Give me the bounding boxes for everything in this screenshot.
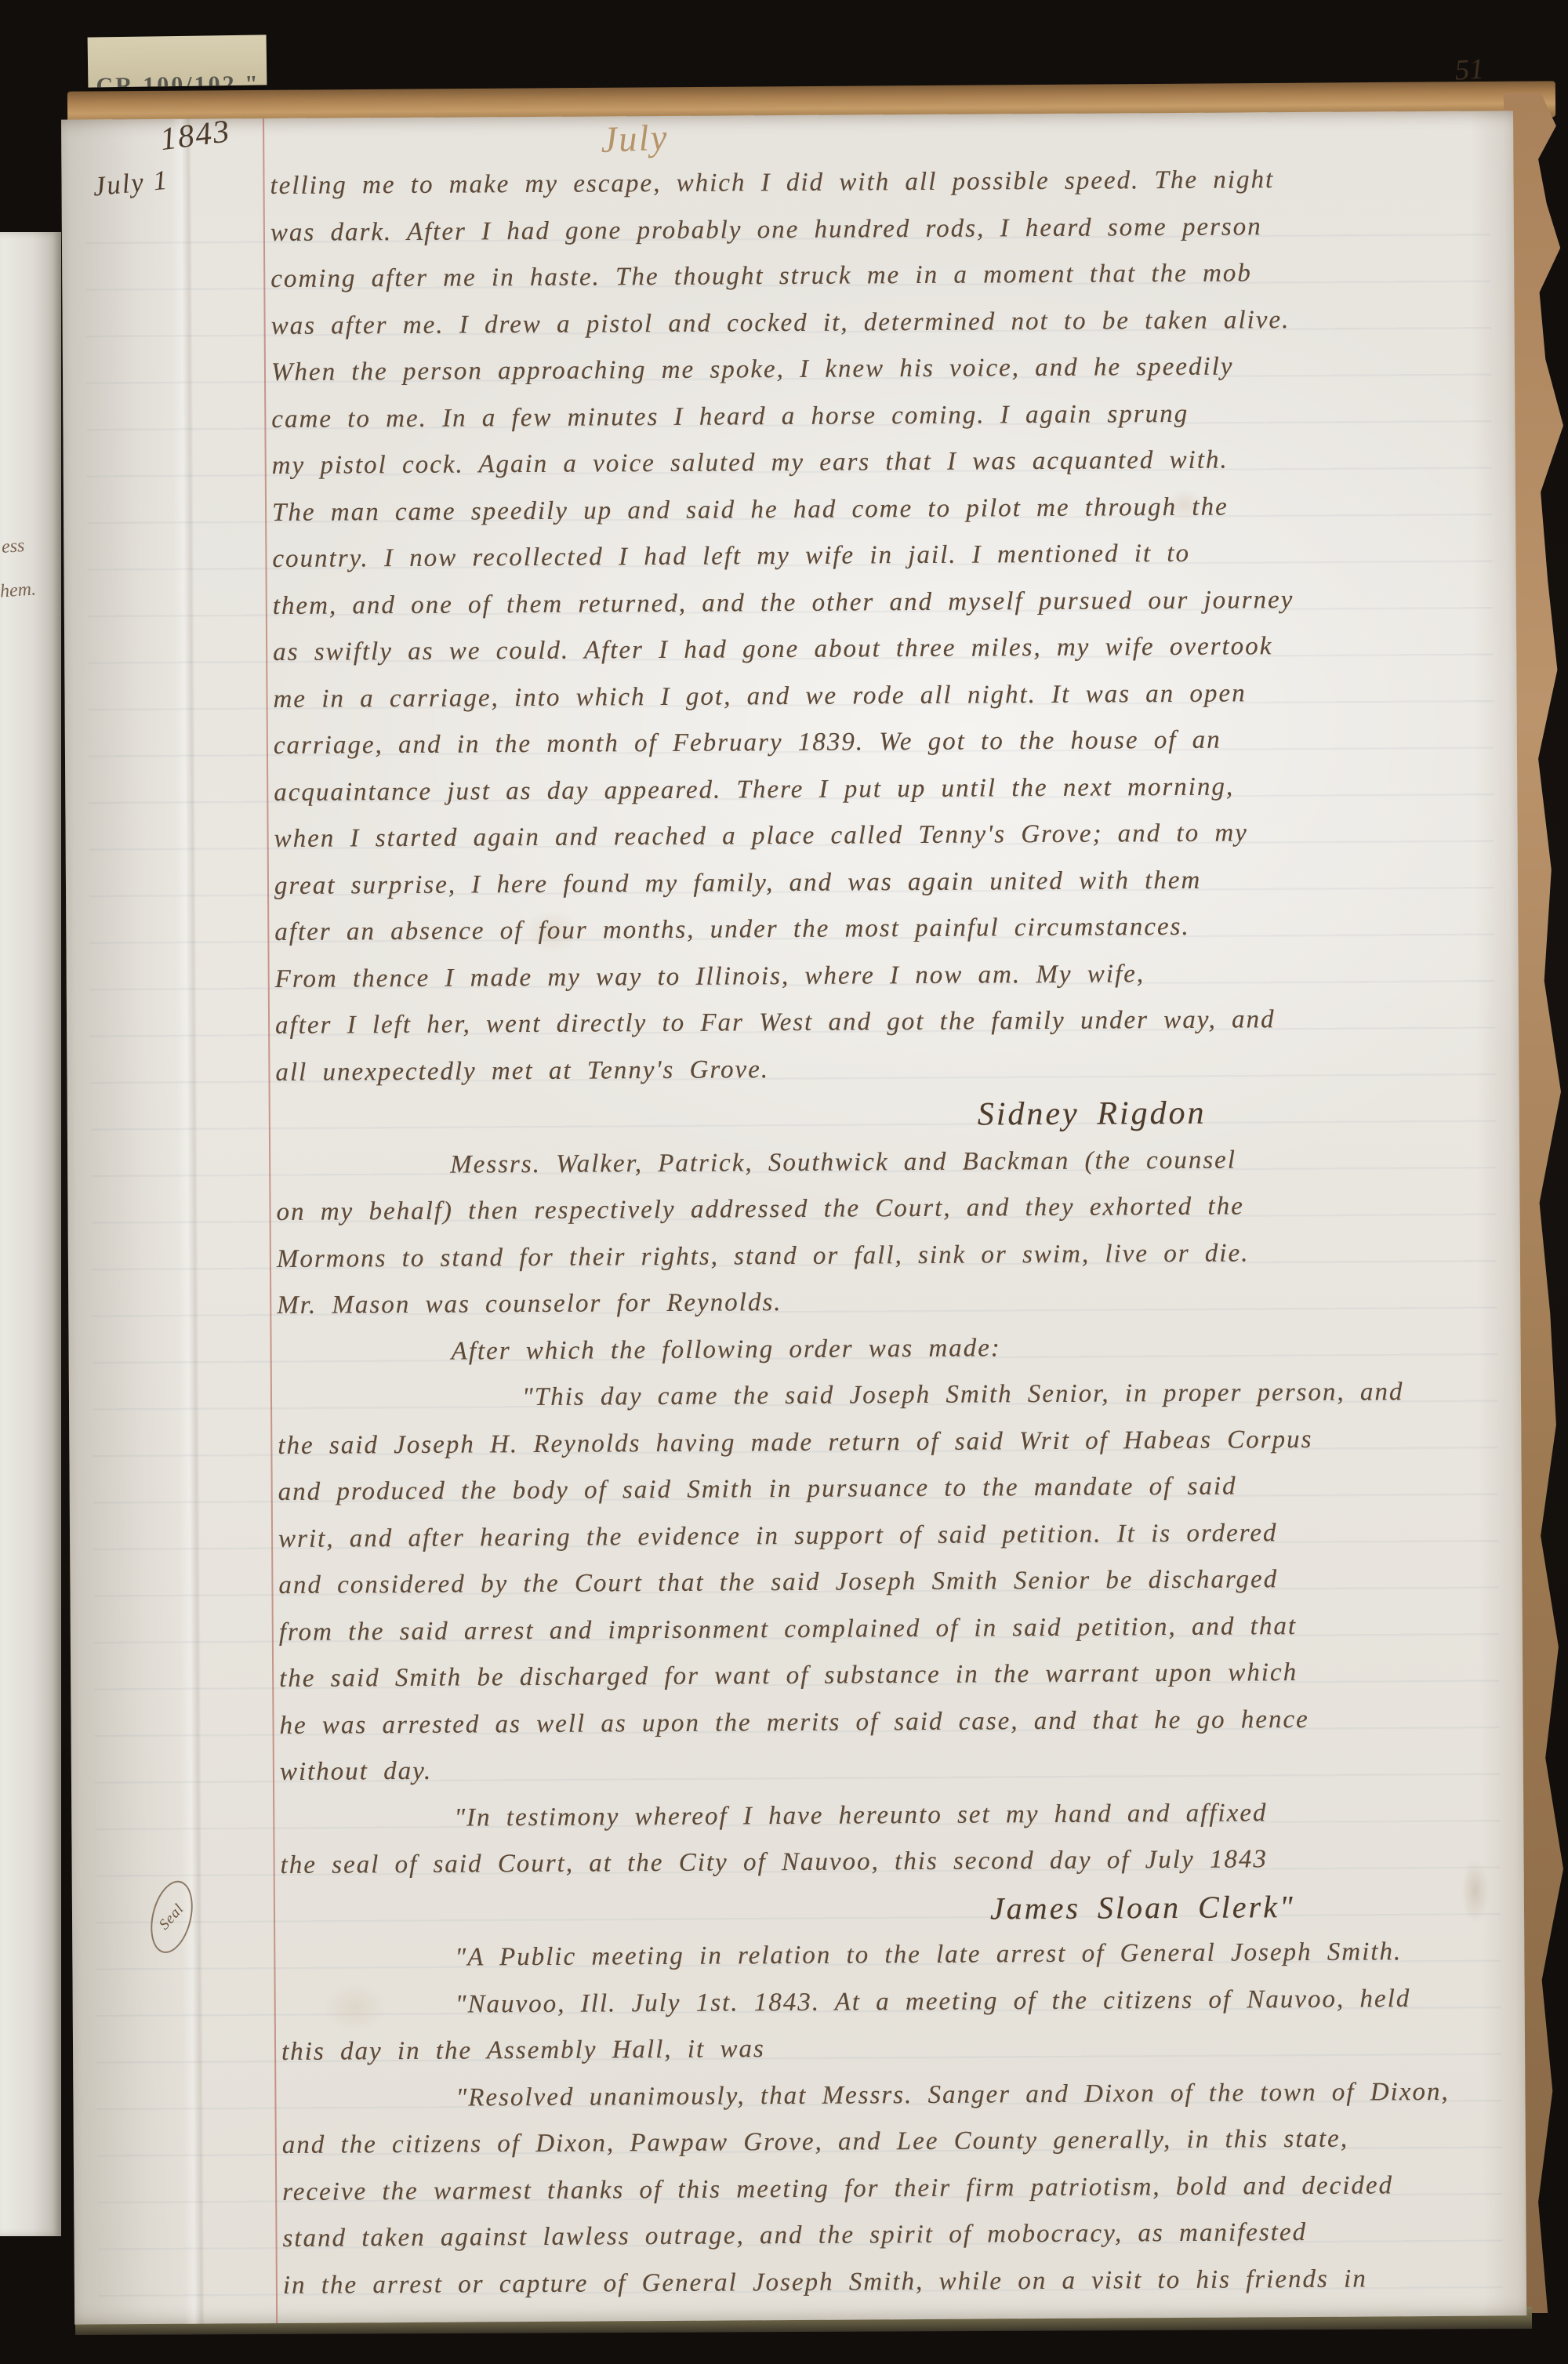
manuscript-line: from the said arrest and imprisonment co…: [279, 1602, 1518, 1656]
manuscript-line: all unexpectedly met at Tenny's Grove.: [275, 1042, 1514, 1096]
manuscript-line: as swiftly as we could. After I had gone…: [273, 622, 1512, 676]
archival-label: CR 100/102 " 12: [88, 34, 267, 87]
manuscript-line: after an absence of four months, under t…: [274, 902, 1513, 956]
manuscript-line: my pistol cock. Again a voice saluted my…: [272, 435, 1511, 489]
manuscript-line: receive the warmest thanks of this meeti…: [282, 2162, 1521, 2216]
archival-label-text: CR 100/102 " 12: [96, 71, 267, 88]
manuscript-line: country. I now recollected I had left my…: [272, 528, 1511, 583]
manuscript-line: "Resolved unanimously, that Messrs. Sang…: [281, 2068, 1520, 2123]
manuscript-line: was after me. I drew a pistol and cocked…: [270, 296, 1509, 350]
manuscript-line: writ, and after hearing the evidence in …: [278, 1509, 1517, 1563]
manuscript-line: was dark. After I had gone probably one …: [270, 202, 1509, 256]
manuscript-line: the said Smith be discharged for want of…: [279, 1648, 1518, 1702]
manuscript-line: in the arrest or capture of General Jose…: [283, 2255, 1522, 2309]
manuscript-line: When the person approaching me spoke, I …: [271, 342, 1510, 396]
page-number: 51: [1454, 53, 1484, 88]
manuscript-line: he was arrested as well as upon the meri…: [279, 1695, 1518, 1749]
manuscript-line: without day.: [280, 1741, 1519, 1796]
manuscript-line: coming after me in haste. The thought st…: [270, 249, 1509, 303]
manuscript-line: when I started again and reached a place…: [274, 808, 1512, 862]
facing-page-text-fragment: hem.: [0, 579, 37, 602]
manuscript-line: carriage, and in the month of February 1…: [274, 715, 1512, 769]
manuscript-line: after I left her, went directly to Far W…: [275, 995, 1514, 1049]
manuscript-line: Mr. Mason was counselor for Reynolds.: [277, 1275, 1515, 1329]
manuscript-line: came to me. In a few minutes I heard a h…: [271, 389, 1510, 443]
manuscript-line: and considered by the Court that the sai…: [278, 1555, 1517, 1609]
clerk-signature: James Sloan Clerk": [281, 1882, 1519, 1936]
manuscript-line: The man came speedily up and said he had…: [272, 482, 1511, 536]
manuscript-line: "This day came the said Joseph Smith Sen…: [278, 1368, 1516, 1422]
manuscript-line: them, and one of them returned, and the …: [273, 576, 1512, 630]
manuscript-line: great surprise, I here found my family, …: [274, 855, 1513, 910]
manuscript-line: the seal of said Court, at the City of N…: [280, 1835, 1519, 1889]
manuscript-line: "A Public meeting in relation to the lat…: [281, 1928, 1519, 1982]
manuscript-line: on my behalf) then respectively addresse…: [276, 1182, 1515, 1236]
manuscript-line: acquaintance just as day appeared. There…: [274, 762, 1512, 816]
manuscript-line: From thence I made my way to Illinois, w…: [275, 949, 1514, 1003]
manuscript-body: telling me to make my escape, which I di…: [270, 155, 1522, 2309]
month-heading: July: [600, 116, 669, 161]
manuscript-line: Mormons to stand for their rights, stand…: [277, 1229, 1515, 1283]
manuscript-line: "In testimony whereof I have hereunto se…: [280, 1788, 1519, 1843]
manuscript-page: 51 1843 July July 1 Seal telling me to m…: [61, 111, 1526, 2324]
manuscript-line: stand taken against lawless outrage, and…: [282, 2208, 1521, 2262]
manuscript-line: and produced the body of said Smith in p…: [278, 1462, 1517, 1516]
rigdon-signature: Sidney Rigdon: [276, 1088, 1515, 1142]
facing-page-text-fragment: ess: [1, 536, 25, 558]
scanned-book-background: ess hem. CR 100/102 " 12 51 1843 July Ju…: [0, 0, 1568, 2364]
facing-page-edge: ess hem.: [0, 232, 61, 2236]
manuscript-line: telling me to make my escape, which I di…: [270, 155, 1508, 209]
manuscript-line: and the citizens of Dixon, Pawpaw Grove,…: [282, 2115, 1521, 2169]
manuscript-line: this day in the Assembly Hall, it was: [281, 2021, 1520, 2075]
order-intro-line: After which the following order was made…: [277, 1322, 1515, 1376]
manuscript-line: Messrs. Walker, Patrick, Southwick and B…: [276, 1135, 1515, 1189]
court-seal-text: Seal: [156, 1901, 188, 1934]
manuscript-line: the said Joseph H. Reynolds having made …: [278, 1415, 1516, 1469]
manuscript-line: "Nauvoo, Ill. July 1st. 1843. At a meeti…: [281, 1975, 1520, 2029]
manuscript-line: me in a carriage, into which I got, and …: [273, 669, 1512, 723]
